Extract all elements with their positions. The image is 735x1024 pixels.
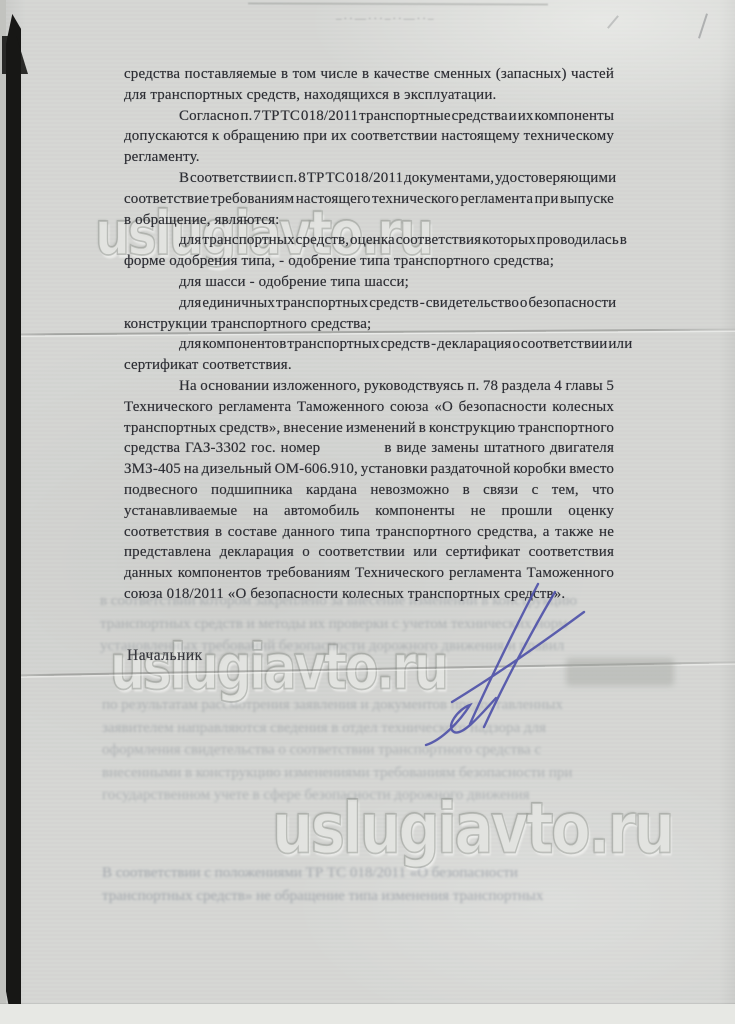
text-line: соответствия в составе данного типа тран… (124, 522, 614, 543)
text-line: форме одобрения типа, - одобрение типа т… (124, 251, 614, 272)
text-line: ЗМЗ-405 на дизельный ОМ-606.910, установ… (124, 459, 614, 480)
text-line: для шасси - одобрение типа шасси; (124, 272, 614, 293)
text-line: В соответствии с п. 8 ТР ТС 018/2011 док… (124, 168, 614, 189)
text-line: представлена декларация о соответствии и… (124, 542, 614, 563)
paragraph: для шасси - одобрение типа шасси; (124, 272, 614, 293)
text-line: Согласно п. 7 ТР ТС 018/2011 транспортны… (124, 106, 614, 127)
scanned-document-page: uslugiavto.ru uslugiavto.ru uslugiavto.r… (0, 0, 735, 1024)
text-line: средства поставляемые в том числе в каче… (124, 64, 614, 85)
text-line: для транспортных средств, находящихся в … (124, 85, 614, 106)
scanner-edge (0, 0, 6, 1024)
scan-border-corner (2, 36, 28, 74)
text-line: для единичных транспортных средств - сви… (124, 293, 614, 314)
text-line: конструкции транспортного средства; (124, 314, 614, 335)
text-line: соответствие требованиям настоящего техн… (124, 189, 614, 210)
text-line: сертификат соответствия. (124, 355, 614, 376)
scan-streak (248, 2, 548, 5)
text-line: в обращение, являются: (124, 210, 614, 231)
bleed-through-line: транспортных средств» не обращение типа … (102, 885, 722, 908)
text-line: транспортных средств», внесение изменени… (124, 418, 614, 439)
paragraph: для единичных транспортных средств - сви… (124, 293, 614, 335)
signature-ink (412, 572, 592, 750)
paragraph: для транспортных средств, оценка соответ… (124, 230, 614, 272)
paragraph: На основании изложенного, руководствуясь… (124, 376, 614, 605)
scan-artifact (698, 13, 708, 38)
bleed-through-line: В соответствии с положениями ТР ТС 018/2… (102, 862, 722, 885)
bleed-through-line: внесенными в конструкцию изменениями тре… (102, 762, 728, 785)
scan-artifact (607, 15, 619, 29)
text-line: На основании изложенного, руководствуясь… (124, 376, 614, 397)
paragraph: В соответствии с п. 8 ТР ТС 018/2011 док… (124, 168, 614, 230)
text-line: для транспортных средств, оценка соответ… (124, 230, 614, 251)
scan-border-bar (6, 14, 21, 1006)
bleed-through-line: государственном учете в сфере безопаснос… (102, 784, 728, 807)
text-line: устанавливаемые на автомобиль компоненты… (124, 501, 614, 522)
paragraph: средства поставляемые в том числе в каче… (124, 64, 614, 106)
text-line: для компонентов транспортных средств - д… (124, 334, 614, 355)
scan-smudge: –··—···–··—··– (336, 13, 435, 25)
text-line: регламенту. (124, 147, 614, 168)
document-text: средства поставляемые в том числе в каче… (124, 64, 614, 605)
text-line: Технического регламента Таможенного союз… (124, 397, 614, 418)
scan-bottom-edge (0, 1004, 735, 1024)
text-line: допускаются к обращению при их соответст… (124, 126, 614, 147)
bleed-through-text: В соответствии с положениями ТР ТС 018/2… (102, 862, 722, 907)
paragraph: Согласно п. 7 ТР ТС 018/2011 транспортны… (124, 106, 614, 168)
text-line: подвесного подшипника кардана невозможно… (124, 480, 614, 501)
signature-title-label: Начальник (127, 647, 203, 665)
paragraph: для компонентов транспортных средств - д… (124, 334, 614, 376)
text-line: средства ГАЗ-3302 гос. номерв виде замен… (124, 438, 614, 459)
